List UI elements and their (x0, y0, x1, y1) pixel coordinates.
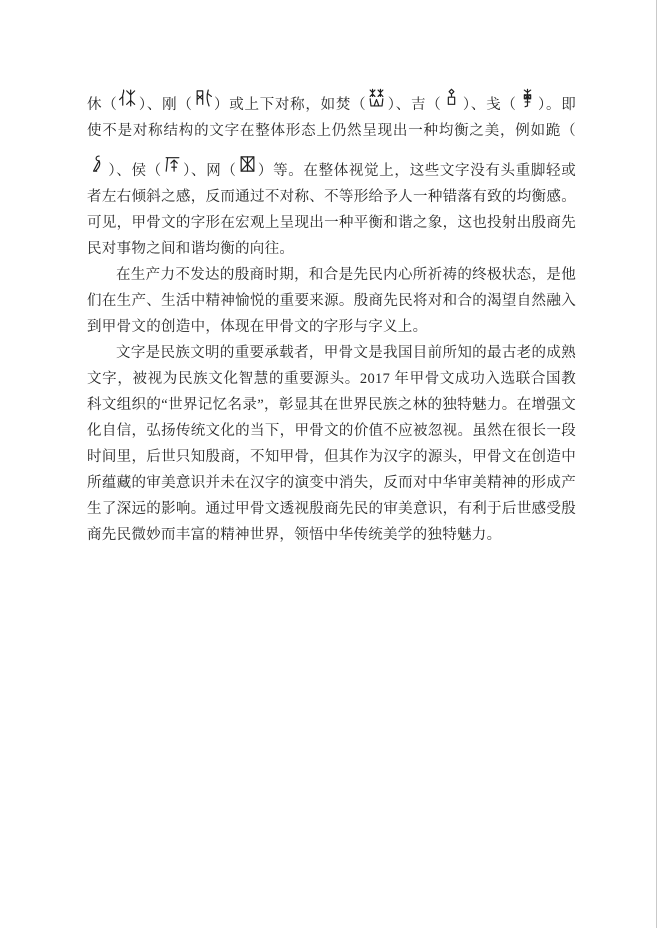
paragraph-symmetry-balance: 休（ ）、刚（ ）或上下对称，如焚（ ）、吉（ ）、戋（ ）。即使不是对称结构的… (87, 78, 576, 262)
document-body: 休（ ）、刚（ ）或上下对称，如焚（ ）、吉（ ）、戋（ ）。即使不是对称结构的… (87, 78, 576, 548)
oracle-glyph-ji (442, 87, 461, 109)
oracle-glyph-gui (88, 153, 107, 175)
paragraph-cultural-heritage: 文字是民族文明的重要承载者，甲骨文是我国目前所知的最古老的成熟文字，被视为民族文… (87, 340, 576, 548)
oracle-glyph-gang (194, 87, 213, 109)
document-page: 休（ ）、刚（ ）或上下对称，如焚（ ）、吉（ ）、戋（ ）。即使不是对称结构的… (0, 0, 657, 928)
oracle-glyph-fen (367, 87, 386, 109)
oracle-glyph-wang (238, 153, 257, 175)
paragraph-hehe-spirit: 在生产力不发达的殷商时期，和合是先民内心所祈祷的终极状态，是他们在生产、生活中精… (87, 262, 576, 340)
oracle-glyph-jian (518, 87, 537, 109)
oracle-glyph-hou (163, 153, 182, 175)
oracle-glyph-xiu (118, 87, 137, 109)
